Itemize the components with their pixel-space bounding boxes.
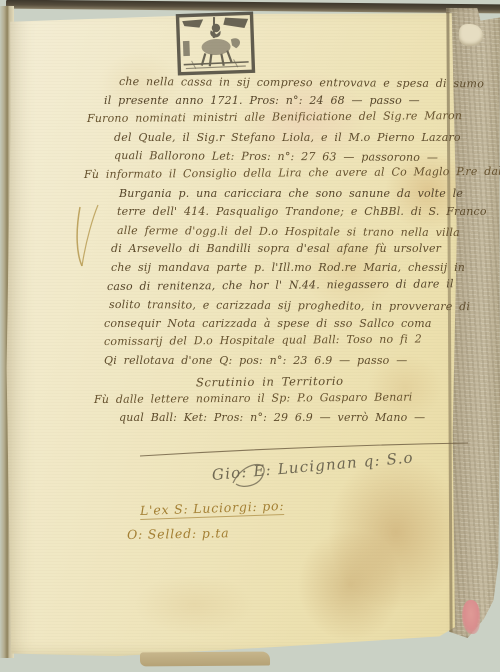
pink-paper-spot bbox=[462, 600, 480, 634]
manuscript-photo: che nella cassa in sij compreso entrovav… bbox=[0, 0, 500, 672]
signature-tertiary: O: Selled: p.ta bbox=[127, 525, 230, 542]
manuscript-line: che nella cassa in sij compreso entrovav… bbox=[119, 73, 464, 94]
fore-edge-notch bbox=[459, 24, 483, 46]
manuscript-line: Qi rellotava d'one Q: pos: n°: 23 6.9 — … bbox=[104, 352, 464, 371]
manuscript-line: Fù dalle lettere nominaro il Sp: P.o Gas… bbox=[94, 388, 464, 409]
manuscript-line: Furono nominati ministri alle Benificiat… bbox=[87, 107, 464, 129]
manuscript-line: terre dell' 414. Pasqualigo Trandone; e … bbox=[117, 203, 464, 222]
manuscript-line: comissarij del D.o Hospitale qual Ball: … bbox=[104, 330, 464, 351]
manuscript-line: di Arsevello di Bandilli sopra d'esal af… bbox=[111, 240, 464, 259]
woodcut-knight-stamp-icon bbox=[174, 10, 258, 79]
manuscript-line: solito transito, e carizzada sij proghed… bbox=[109, 296, 464, 317]
manuscript-text-block: che nella cassa in sij compreso entrovav… bbox=[84, 73, 464, 428]
manuscript-line: alle ferme d'ogg.li del D.o Hospitale si… bbox=[117, 222, 464, 243]
manuscript-line: qual Ball: Ket: Pros: n°: 29 6.9 — verrò… bbox=[119, 409, 464, 428]
torn-paper-scrap bbox=[140, 652, 270, 667]
manuscript-line: Fù informato il Consiglio della Lira che… bbox=[84, 163, 464, 185]
manuscript-line: del Quale, il Sig.r Stefano Liola, e il … bbox=[114, 129, 464, 148]
manuscript-line: Burgania p. una caricciara che sono sanu… bbox=[119, 185, 464, 204]
manuscript-line: caso di renitenza, che hor l' N.44. nieg… bbox=[107, 275, 464, 296]
